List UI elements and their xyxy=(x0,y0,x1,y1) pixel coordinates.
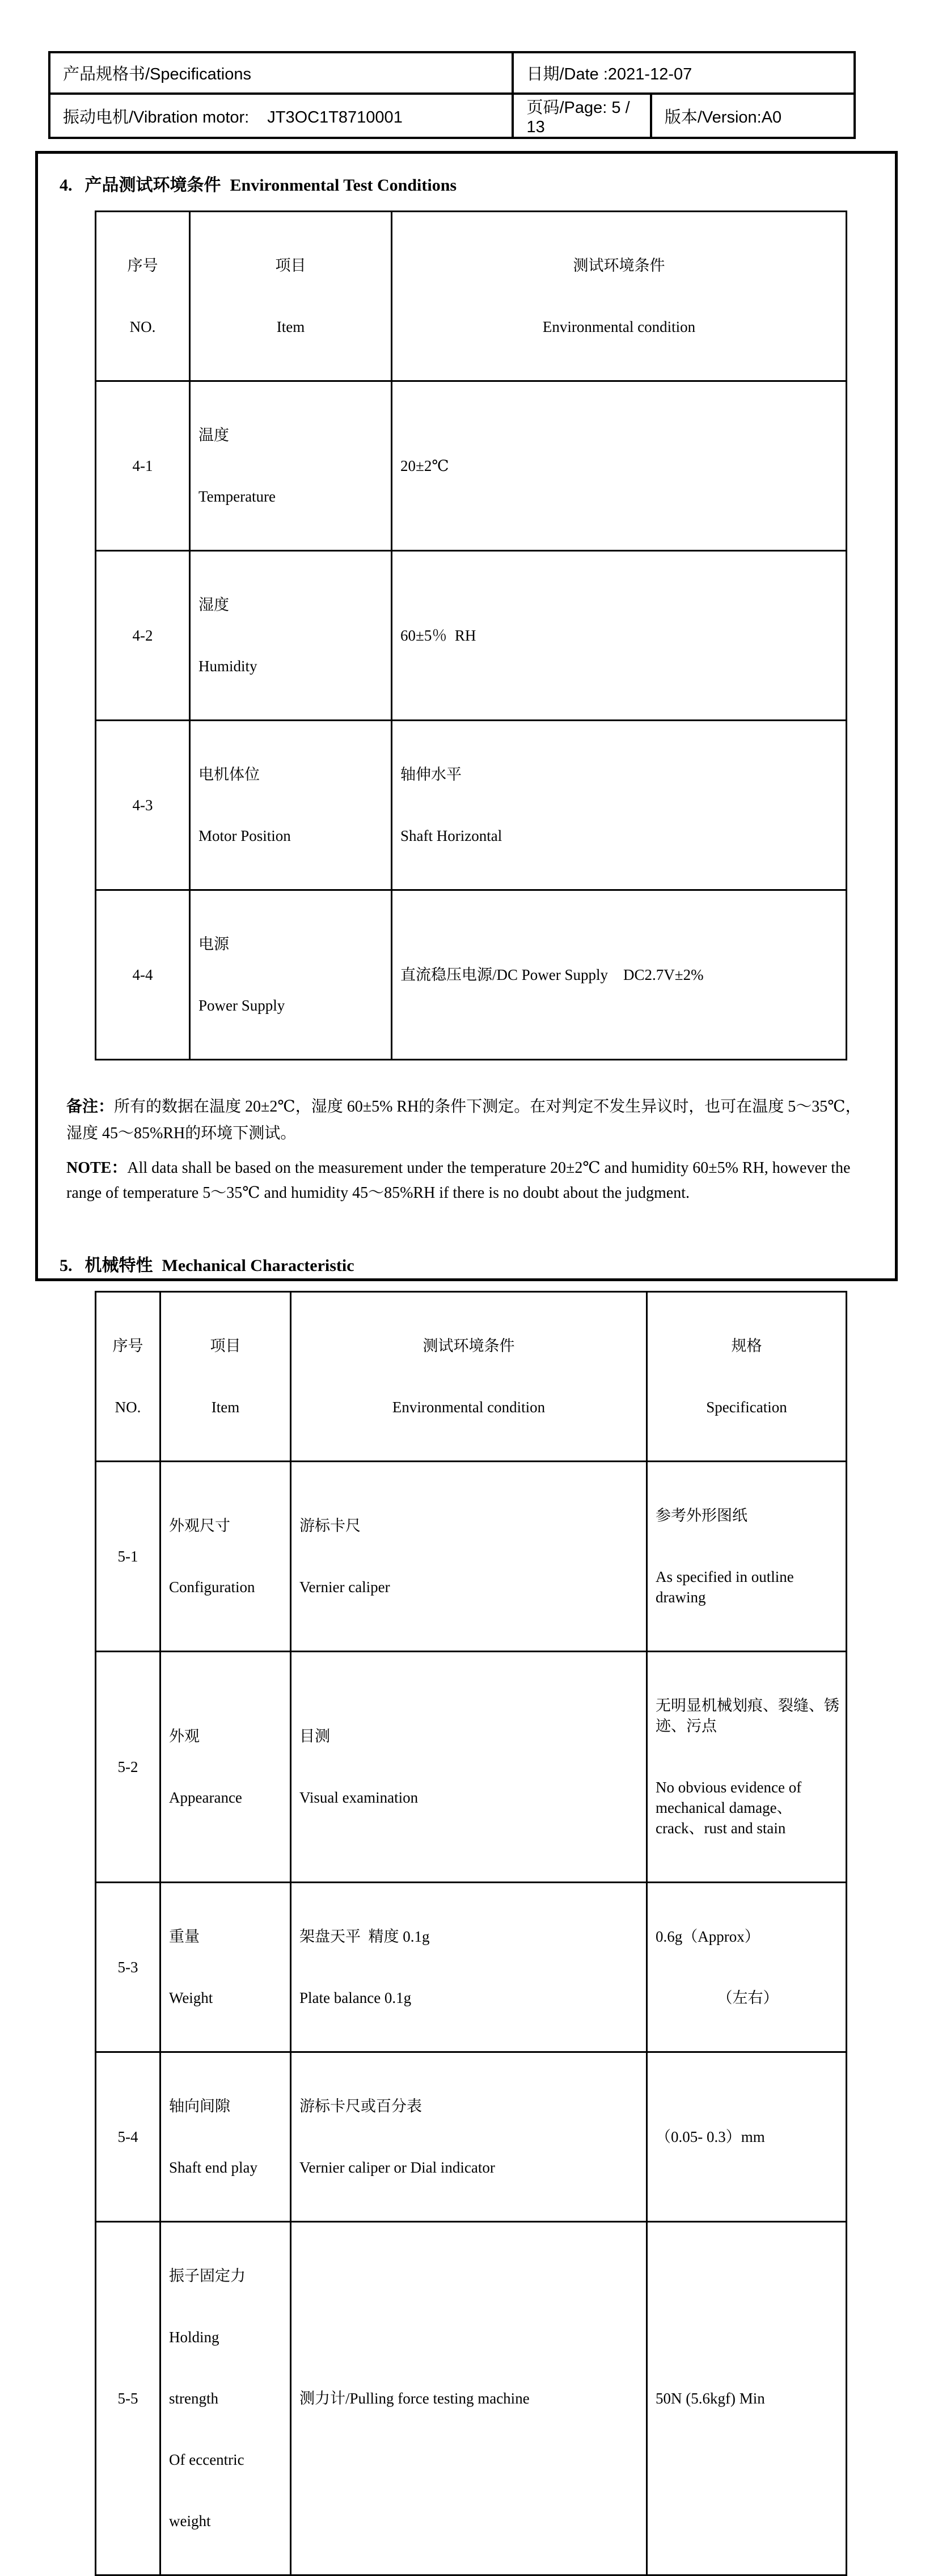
environmental-conditions-table: 序号 NO. 项目 Item 测试环境条件 Environmental cond… xyxy=(95,211,847,1060)
cell-item: 温度 Temperature xyxy=(190,381,392,551)
cell-item: 外观 Appearance xyxy=(160,1652,291,1883)
cell-condition: 直流稳压电源/DC Power Supply DC2.7V±2% xyxy=(392,890,847,1060)
item-en: Configuration xyxy=(169,1577,284,1597)
section4-number: 4. xyxy=(60,176,73,195)
header-cell-item: 项目 Item xyxy=(190,212,392,381)
item-zh: 电机体位 xyxy=(198,764,385,785)
main-content-box: 4.产品测试环境条件Environmental Test Conditions … xyxy=(35,151,898,1281)
header-cell-no: 序号 NO. xyxy=(96,1292,160,1462)
header-item-zh: 项目 xyxy=(167,1336,284,1356)
header-spec-zh: 规格 xyxy=(653,1336,840,1356)
section5-number: 5. xyxy=(60,1256,73,1276)
spec-zh: 参考外形图纸 xyxy=(656,1505,840,1526)
item-line: Holding xyxy=(169,2327,284,2347)
header-no-zh: 序号 xyxy=(102,255,183,276)
motor-label: 振动电机/Vibration motor: xyxy=(63,108,249,127)
cell-item: 湿度 Humidity xyxy=(190,551,392,721)
cell-condition: 游标卡尺或百分表 Vernier caliper or Dial indicat… xyxy=(291,2052,647,2222)
header-no-zh: 序号 xyxy=(102,1336,154,1356)
section4-title-zh: 产品测试环境条件 xyxy=(85,171,221,196)
item-en: Temperature xyxy=(198,486,385,507)
spec-zh: 无明显机械划痕、裂缝、锈迹、污点 xyxy=(656,1695,840,1736)
date-cell: 日期/Date :2021-12-07 xyxy=(513,52,855,94)
table-row: 5-4 轴向间隙 Shaft end play 游标卡尺或百分表 Vernier… xyxy=(96,2052,847,2222)
item-zh: 轴向间隙 xyxy=(169,2096,284,2116)
item-line: weight xyxy=(169,2511,284,2531)
cell-no: 4-2 xyxy=(96,551,190,721)
specification-page: { "header": { "spec_title": "产品规格书/Speci… xyxy=(0,0,938,1327)
cell-item: 轴向间隙 Shaft end play xyxy=(160,2052,291,2222)
remark-paragraph-zh: 备注：所有的数据在温度 20±2℃，湿度 60±5% RH的条件下测定。在对判定… xyxy=(66,1093,869,1147)
cell-condition: 60±5％ RH xyxy=(392,551,847,721)
header-cond-zh: 测试环境条件 xyxy=(398,255,840,276)
table-row: 5-1 外观尺寸 Configuration 游标卡尺 Vernier cali… xyxy=(96,1462,847,1652)
header-no-en: NO. xyxy=(102,1397,154,1417)
cell-spec: 无明显机械划痕、裂缝、锈迹、污点 No obvious evidence of … xyxy=(647,1652,847,1883)
motor-cell: 振动电机/Vibration motor:JT3OC1T8710001 xyxy=(49,94,513,138)
table-row: 4-2 湿度 Humidity 60±5％ RH xyxy=(96,551,847,721)
item-en: Weight xyxy=(169,1988,284,2008)
header-item-en: Item xyxy=(196,317,385,337)
header-cell-item: 项目 Item xyxy=(160,1292,291,1462)
version-cell: 版本/Version:A0 xyxy=(651,94,855,138)
spec-en: （左右） xyxy=(656,1988,840,2008)
table-row: 4-1 温度 Temperature 20±2℃ xyxy=(96,381,847,551)
item-zh: 外观 xyxy=(169,1726,284,1746)
condition-zh: 游标卡尺 xyxy=(299,1516,640,1536)
spec-en: No obvious evidence of mechanical damage… xyxy=(656,1777,840,1838)
table-row: 4-4 电源 Power Supply 直流稳压电源/DC Power Supp… xyxy=(96,890,847,1060)
header-spec-en: Specification xyxy=(653,1397,840,1417)
item-line: 振子固定力 xyxy=(169,2266,284,2286)
header-cond-zh: 测试环境条件 xyxy=(297,1336,640,1356)
section4-title-en: Environmental Test Conditions xyxy=(230,176,457,195)
item-en: Humidity xyxy=(198,656,385,676)
cell-condition: 20±2℃ xyxy=(392,381,847,551)
cell-spec: 参考外形图纸 As specified in outline drawing xyxy=(647,1462,847,1652)
cell-condition: 目测 Visual examination xyxy=(291,1652,647,1883)
section5-title-en: Mechanical Characteristic xyxy=(162,1256,354,1275)
spec-en: As specified in outline drawing xyxy=(656,1567,840,1607)
cell-spec: 50N (5.6kgf) Min xyxy=(647,2222,847,2575)
header-item-en: Item xyxy=(167,1397,284,1417)
cell-item: 重量 Weight xyxy=(160,1883,291,2052)
remark-label-en: NOTE： xyxy=(66,1159,127,1177)
condition-zh: 架盘天平 精度 0.1g xyxy=(299,1926,640,1947)
item-zh: 外观尺寸 xyxy=(169,1516,284,1536)
table-row: 振动电机/Vibration motor:JT3OC1T8710001 页码/P… xyxy=(49,94,855,138)
header-cond-en: Environmental condition xyxy=(398,317,840,337)
item-zh: 重量 xyxy=(169,1926,284,1947)
header-cond-en: Environmental condition xyxy=(297,1397,640,1417)
cell-condition: 轴伸水平 Shaft Horizontal xyxy=(392,721,847,890)
section5-title-zh: 机械特性 xyxy=(85,1251,153,1276)
table-header-row: 序号 NO. 项目 Item 测试环境条件 Environmental cond… xyxy=(96,1292,847,1462)
cell-spec: 0.6g（Approx） （左右） xyxy=(647,1883,847,2052)
spec-zh: 0.6g（Approx） xyxy=(656,1926,840,1947)
item-zh: 温度 xyxy=(198,425,385,445)
cell-item: 电源 Power Supply xyxy=(190,890,392,1060)
remark-text-en: All data shall be based on the measureme… xyxy=(66,1159,854,1202)
condition-en: Visual examination xyxy=(299,1787,640,1808)
cell-no: 5-3 xyxy=(96,1883,160,2052)
remark-label-zh: 备注： xyxy=(66,1098,114,1116)
cell-condition: 游标卡尺 Vernier caliper xyxy=(291,1462,647,1652)
table-row: 产品规格书/Specifications 日期/Date :2021-12-07 xyxy=(49,52,855,94)
condition-en: Vernier caliper xyxy=(299,1577,640,1597)
cell-no: 4-4 xyxy=(96,890,190,1060)
condition-zh: 目测 xyxy=(299,1726,640,1746)
cell-no: 4-3 xyxy=(96,721,190,890)
header-cell-condition: 测试环境条件 Environmental condition xyxy=(291,1292,647,1462)
cell-no: 5-2 xyxy=(96,1652,160,1883)
condition-en: Plate balance 0.1g xyxy=(299,1988,640,2008)
condition-zh: 轴伸水平 xyxy=(400,764,840,785)
item-en: Shaft end play xyxy=(169,2157,284,2178)
cell-item: 振子固定力 Holding strength Of eccentric weig… xyxy=(160,2222,291,2575)
item-en: Power Supply xyxy=(198,995,385,1016)
cell-no: 5-5 xyxy=(96,2222,160,2575)
remark-text-zh: 所有的数据在温度 20±2℃，湿度 60±5% RH的条件下测定。在对判定不发生… xyxy=(66,1098,861,1142)
spec-title: 产品规格书/Specifications xyxy=(49,52,513,94)
cell-no: 4-1 xyxy=(96,381,190,551)
header-cell-spec: 规格 Specification xyxy=(647,1292,847,1462)
cell-no: 5-1 xyxy=(96,1462,160,1652)
section5-heading: 5.机械特性Mechanical Characteristic xyxy=(60,1251,895,1276)
cell-spec: （0.05- 0.3）mm xyxy=(647,2052,847,2222)
item-line: Of eccentric xyxy=(169,2449,284,2470)
header-cell-condition: 测试环境条件 Environmental condition xyxy=(392,212,847,381)
page-cell: 页码/Page: 5 / 13 xyxy=(513,94,650,138)
header-item-zh: 项目 xyxy=(196,255,385,276)
motor-code: JT3OC1T8710001 xyxy=(267,108,403,127)
item-en: Motor Position xyxy=(198,826,385,846)
item-line: strength xyxy=(169,2388,284,2409)
table-row: 5-5 振子固定力 Holding strength Of eccentric … xyxy=(96,2222,847,2575)
cell-item: 外观尺寸 Configuration xyxy=(160,1462,291,1652)
condition-en: Shaft Horizontal xyxy=(400,826,840,846)
cell-no: 5-4 xyxy=(96,2052,160,2222)
table-header-row: 序号 NO. 项目 Item 测试环境条件 Environmental cond… xyxy=(96,212,847,381)
header-cell-no: 序号 NO. xyxy=(96,212,190,381)
table-row: 5-3 重量 Weight 架盘天平 精度 0.1g Plate balance… xyxy=(96,1883,847,2052)
condition-en: Vernier caliper or Dial indicator xyxy=(299,2157,640,2178)
cell-condition: 架盘天平 精度 0.1g Plate balance 0.1g xyxy=(291,1883,647,2052)
table-row: 4-3 电机体位 Motor Position 轴伸水平 Shaft Horiz… xyxy=(96,721,847,890)
mechanical-characteristic-table: 序号 NO. 项目 Item 测试环境条件 Environmental cond… xyxy=(95,1291,847,2576)
condition-zh: 游标卡尺或百分表 xyxy=(299,2096,640,2116)
item-zh: 电源 xyxy=(198,934,385,954)
document-header-table: 产品规格书/Specifications 日期/Date :2021-12-07… xyxy=(48,51,856,139)
cell-item: 电机体位 Motor Position xyxy=(190,721,392,890)
remark-paragraph-en: NOTE：All data shall be based on the meas… xyxy=(66,1156,869,1206)
section4-heading: 4.产品测试环境条件Environmental Test Conditions xyxy=(60,171,895,196)
item-en: Appearance xyxy=(169,1787,284,1808)
header-no-en: NO. xyxy=(102,317,183,337)
cell-condition: 测力计/Pulling force testing machine xyxy=(291,2222,647,2575)
table-row: 5-2 外观 Appearance 目测 Visual examination … xyxy=(96,1652,847,1883)
item-zh: 湿度 xyxy=(198,595,385,615)
